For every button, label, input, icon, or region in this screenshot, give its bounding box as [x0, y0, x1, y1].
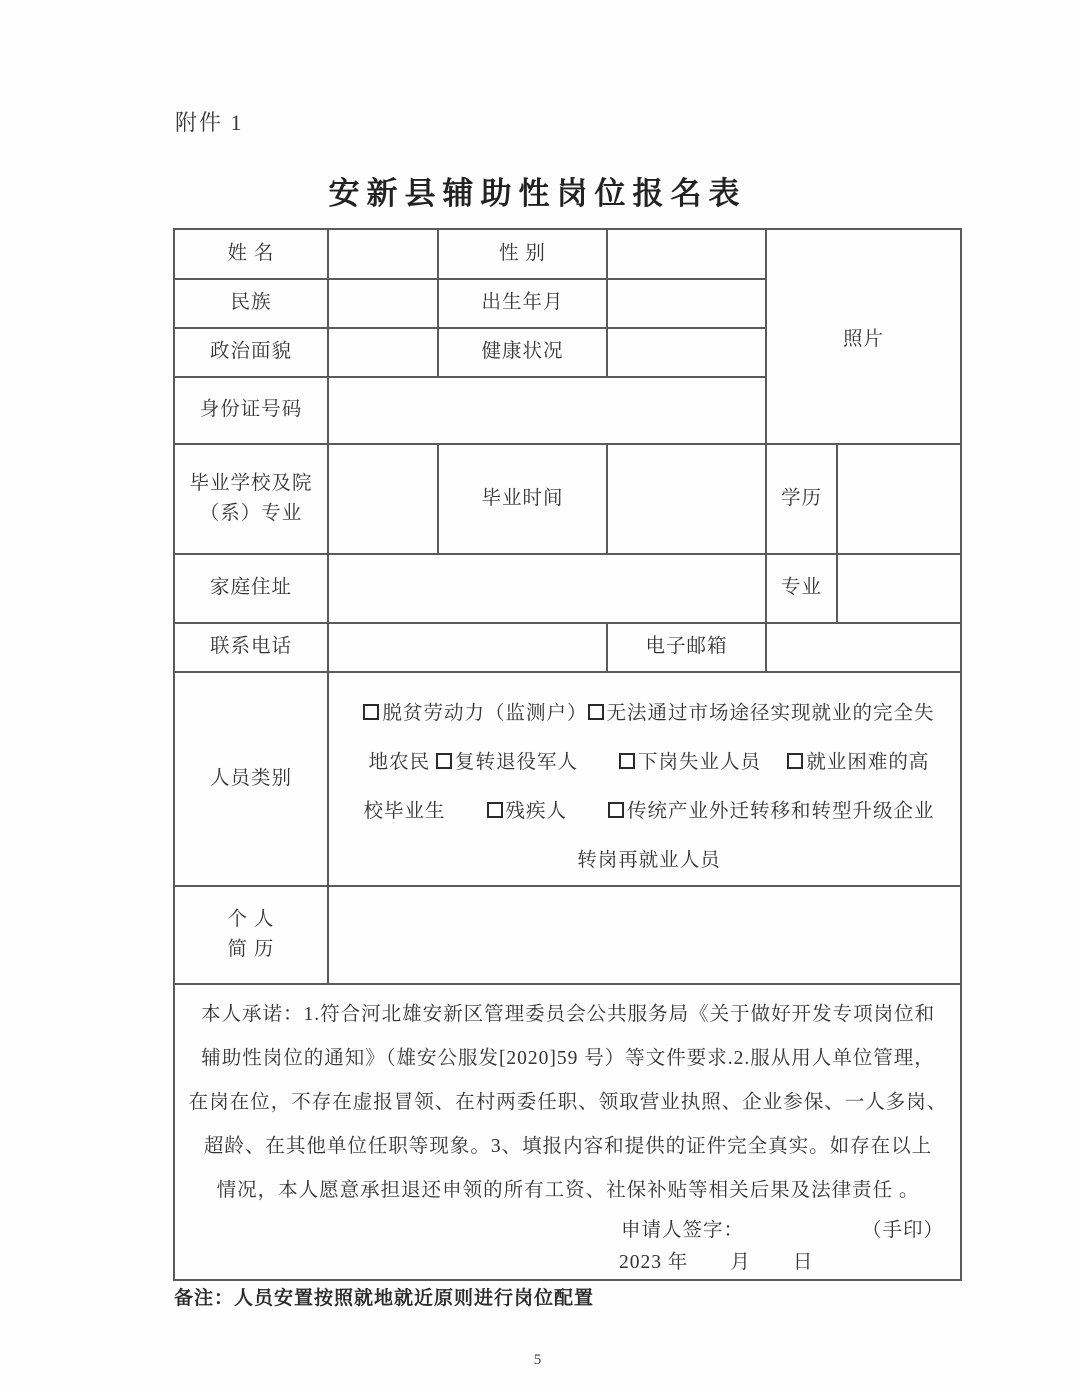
major-label: 专业 — [766, 554, 837, 623]
commitment-line: 辅助性岗位的通知》（雄安公服发[2020]59 号）等文件要求.2.服从用人单位… — [181, 1037, 955, 1081]
ethnicity-label: 民族 — [174, 279, 328, 328]
home-address-label: 家庭住址 — [174, 554, 328, 623]
education-label: 学历 — [766, 444, 837, 554]
birth-date-label: 出生年月 — [438, 279, 607, 328]
commitment-line: 在岗在位，不存在虚报冒领、在村两委任职、领取营业执照、企业参保、一人多岗、 — [181, 1081, 955, 1125]
checkbox-icon — [487, 802, 503, 818]
checkbox-icon — [619, 753, 635, 769]
birth-date-value-cell — [607, 279, 766, 328]
graduation-time-value-cell — [607, 444, 766, 554]
major-value-cell — [837, 554, 961, 623]
date-day: 日 — [793, 1247, 814, 1279]
resume-label-line2: 简 历 — [175, 935, 327, 965]
commitment-line: 情况，本人愿意承担退还申领的所有工资、社保补贴等相关后果及法律责任 。 — [181, 1169, 955, 1213]
id-number-value-cell — [328, 377, 766, 444]
id-number-label: 身份证号码 — [174, 377, 328, 444]
category-line: 校毕业生 残疾人 传统产业外迁转移和转型升级企业 — [342, 787, 956, 836]
phone-label: 联系电话 — [174, 623, 328, 672]
resume-label-line1: 个 人 — [175, 905, 327, 935]
table-row: 家庭住址 专业 — [174, 554, 961, 623]
category-line: 脱贫劳动力（监测户）无法通过市场途径实现就业的完全失 — [342, 689, 956, 738]
phone-value-cell — [328, 623, 607, 672]
attachment-label: 附件 1 — [175, 106, 244, 137]
footnote: 备注：人员安置按照就地就近原则进行岗位配置 — [174, 1283, 594, 1310]
checkbox-icon — [588, 704, 604, 720]
commitment-line: 超龄、在其他单位任职等现象。3、填报内容和提供的证件完全真实。如存在以上 — [181, 1125, 955, 1169]
school-label-line2: （系）专业 — [175, 499, 327, 529]
category-label: 人员类别 — [174, 672, 328, 886]
school-value-cell — [328, 444, 438, 554]
page-number: 5 — [0, 1352, 1075, 1369]
signature-line: 申请人签字： （手印） — [181, 1215, 955, 1247]
date-month: 月 — [730, 1247, 751, 1279]
school-label-line1: 毕业学校及院 — [175, 469, 327, 499]
email-label: 电子邮箱 — [607, 623, 766, 672]
political-status-value-cell — [328, 328, 438, 377]
checkbox-icon — [608, 802, 624, 818]
home-address-value-cell — [328, 554, 766, 623]
page-title: 安新县辅助性岗位报名表 — [0, 168, 1075, 213]
name-label: 姓 名 — [174, 229, 328, 279]
resume-value-cell — [328, 886, 961, 984]
table-row: 人员类别 脱贫劳动力（监测户）无法通过市场途径实现就业的完全失地农民 复转退役军… — [174, 672, 961, 886]
commitment-line: 本人承诺：1.符合河北雄安新区管理委员会公共服务局《关于做好开发专项岗位和 — [181, 993, 955, 1037]
gender-value-cell — [607, 229, 766, 279]
health-status-label: 健康状况 — [438, 328, 607, 377]
education-value-cell — [837, 444, 961, 554]
table-row: 个 人 简 历 — [174, 886, 961, 984]
photo-box: 照片 — [766, 229, 961, 444]
registration-form-table: 姓 名 性 别 照片 民族 出生年月 政治面貌 健康状况 身份证号码 毕业学校及… — [173, 228, 962, 1281]
category-content: 脱贫劳动力（监测户）无法通过市场途径实现就业的完全失地农民 复转退役军人 下岗失… — [328, 672, 961, 886]
table-row: 姓 名 性 别 照片 — [174, 229, 961, 279]
document-page: 附件 1 安新县辅助性岗位报名表 姓 名 性 别 照片 民族 出生年月 政治面貌… — [0, 0, 1075, 1389]
ethnicity-value-cell — [328, 279, 438, 328]
category-line: 地农民 复转退役军人 下岗失业人员 就业困难的高 — [342, 738, 956, 787]
date-line: 2023 年 月 日 — [181, 1247, 955, 1279]
sign-label: 申请人签字： — [621, 1215, 744, 1247]
health-status-value-cell — [607, 328, 766, 377]
table-row: 本人承诺：1.符合河北雄安新区管理委员会公共服务局《关于做好开发专项岗位和辅助性… — [174, 984, 961, 1280]
email-value-cell — [766, 623, 961, 672]
school-label: 毕业学校及院 （系）专业 — [174, 444, 328, 554]
commitment-cell: 本人承诺：1.符合河北雄安新区管理委员会公共服务局《关于做好开发专项岗位和辅助性… — [174, 984, 961, 1280]
checkbox-icon — [787, 753, 803, 769]
table-row: 毕业学校及院 （系）专业 毕业时间 学历 — [174, 444, 961, 554]
date-year: 2023 年 — [619, 1247, 688, 1279]
political-status-label: 政治面貌 — [174, 328, 328, 377]
graduation-time-label: 毕业时间 — [438, 444, 607, 554]
handprint-label: （手印） — [862, 1215, 944, 1247]
resume-label: 个 人 简 历 — [174, 886, 328, 984]
checkbox-icon — [436, 753, 452, 769]
category-line: 转岗再就业人员 — [342, 836, 956, 885]
commitment-text: 本人承诺：1.符合河北雄安新区管理委员会公共服务局《关于做好开发专项岗位和辅助性… — [181, 993, 955, 1213]
checkbox-icon — [363, 704, 379, 720]
gender-label: 性 别 — [438, 229, 607, 279]
table-row: 联系电话 电子邮箱 — [174, 623, 961, 672]
name-value-cell — [328, 229, 438, 279]
